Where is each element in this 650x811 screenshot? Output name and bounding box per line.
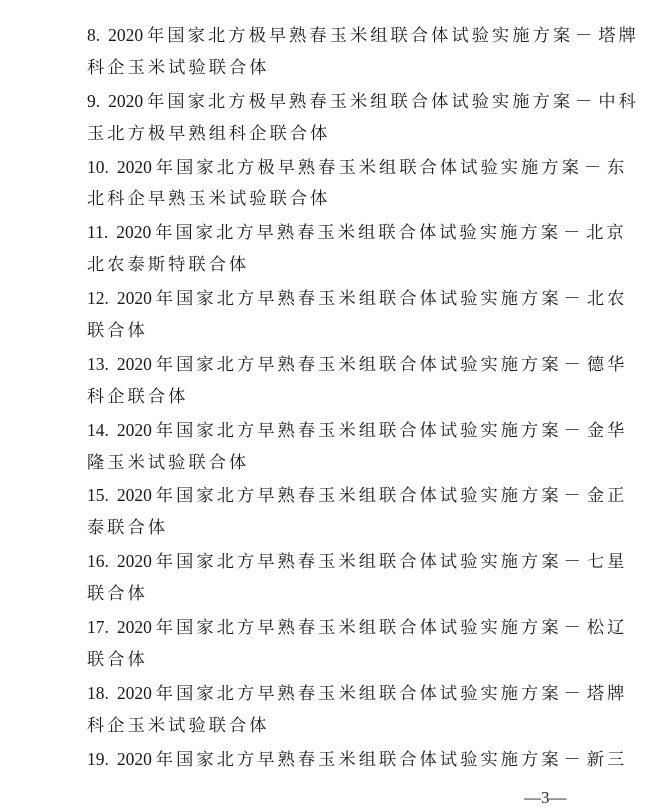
item-suffix: 塔牌 bbox=[598, 26, 639, 46]
item-line-2: 北科企早熟玉米试验联合体 bbox=[87, 183, 577, 216]
item-year: 2020 bbox=[108, 25, 143, 45]
list-item-18: 18.2020年国家北方早熟春玉米组联合体试验实施方案－塔牌 科企玉米试验联合体 bbox=[87, 677, 577, 743]
item-year: 2020 bbox=[117, 354, 152, 374]
item-title: 年国家北方早熟春玉米组联合体试验实施方案 bbox=[156, 289, 562, 309]
item-number: 10. bbox=[87, 157, 109, 177]
list-item-8: 8.2020年国家北方极早熟春玉米组联合体试验实施方案－塔牌 科企玉米试验联合体 bbox=[87, 19, 577, 85]
item-number: 9. bbox=[87, 91, 100, 111]
item-year: 2020 bbox=[108, 91, 143, 111]
item-line-2: 科企玉米试验联合体 bbox=[87, 710, 577, 743]
item-line-1: 11.2020年国家北方早熟春玉米组联合体试验实施方案－北京 bbox=[87, 216, 577, 249]
item-dash: － bbox=[564, 684, 581, 704]
item-suffix: 北京 bbox=[586, 223, 627, 243]
item-year: 2020 bbox=[117, 551, 152, 571]
item-year: 2020 bbox=[117, 683, 152, 703]
item-line-2: 科企联合体 bbox=[87, 381, 577, 414]
item-year: 2020 bbox=[117, 485, 152, 505]
item-dash: － bbox=[564, 750, 581, 770]
item-title: 年国家北方早熟春玉米组联合体试验实施方案 bbox=[156, 750, 562, 770]
item-dash: － bbox=[564, 618, 581, 638]
item-title: 年国家北方早熟春玉米组联合体试验实施方案 bbox=[156, 618, 562, 638]
item-line-1: 14.2020年国家北方早熟春玉米组联合体试验实施方案－金华 bbox=[87, 414, 577, 447]
item-title: 年国家北方早熟春玉米组联合体试验实施方案 bbox=[156, 355, 562, 375]
item-dash: － bbox=[575, 26, 592, 46]
item-title: 年国家北方极早熟春玉米组联合体试验实施方案 bbox=[156, 158, 582, 178]
item-year: 2020 bbox=[117, 749, 152, 769]
item-suffix: 新三 bbox=[587, 750, 628, 770]
item-title: 年国家北方极早熟春玉米组联合体试验实施方案 bbox=[147, 92, 573, 112]
item-year: 2020 bbox=[117, 420, 152, 440]
item-line-1: 19.2020年国家北方早熟春玉米组联合体试验实施方案－新三 bbox=[87, 743, 577, 776]
item-line-2: 科企玉米试验联合体 bbox=[87, 52, 577, 85]
item-line-1: 17.2020年国家北方早熟春玉米组联合体试验实施方案－松辽 bbox=[87, 611, 577, 644]
list-item-10: 10.2020年国家北方极早熟春玉米组联合体试验实施方案－东 北科企早熟玉米试验… bbox=[87, 151, 577, 217]
list-item-15: 15.2020年国家北方早熟春玉米组联合体试验实施方案－金正 泰联合体 bbox=[87, 479, 577, 545]
item-line-1: 18.2020年国家北方早熟春玉米组联合体试验实施方案－塔牌 bbox=[87, 677, 577, 710]
item-title: 年国家北方早熟春玉米组联合体试验实施方案 bbox=[156, 552, 562, 572]
document-page: 8.2020年国家北方极早熟春玉米组联合体试验实施方案－塔牌 科企玉米试验联合体… bbox=[87, 19, 577, 775]
item-number: 16. bbox=[87, 551, 109, 571]
item-dash: － bbox=[584, 158, 601, 178]
item-dash: － bbox=[564, 486, 581, 506]
item-line-1: 13.2020年国家北方早熟春玉米组联合体试验实施方案－德华 bbox=[87, 348, 577, 381]
list-item-19: 19.2020年国家北方早熟春玉米组联合体试验实施方案－新三 bbox=[87, 743, 577, 776]
item-line-2: 隆玉米试验联合体 bbox=[87, 447, 577, 480]
item-line-1: 15.2020年国家北方早熟春玉米组联合体试验实施方案－金正 bbox=[87, 479, 577, 512]
item-title: 年国家北方早熟春玉米组联合体试验实施方案 bbox=[156, 421, 562, 441]
item-number: 8. bbox=[87, 25, 100, 45]
item-number: 17. bbox=[87, 617, 109, 637]
page-number: —3— bbox=[524, 788, 567, 808]
item-number: 14. bbox=[87, 420, 109, 440]
item-line-1: 8.2020年国家北方极早熟春玉米组联合体试验实施方案－塔牌 bbox=[87, 19, 577, 52]
list-item-17: 17.2020年国家北方早熟春玉米组联合体试验实施方案－松辽 联合体 bbox=[87, 611, 577, 677]
item-suffix: 七星 bbox=[587, 552, 628, 572]
item-line-1: 12.2020年国家北方早熟春玉米组联合体试验实施方案－北农 bbox=[87, 282, 577, 315]
item-line-2: 泰联合体 bbox=[87, 512, 577, 545]
item-number: 19. bbox=[87, 749, 109, 769]
item-line-2: 北农泰斯特联合体 bbox=[87, 249, 577, 282]
list-item-14: 14.2020年国家北方早熟春玉米组联合体试验实施方案－金华 隆玉米试验联合体 bbox=[87, 414, 577, 480]
item-number: 15. bbox=[87, 485, 109, 505]
item-number: 13. bbox=[87, 354, 109, 374]
item-dash: － bbox=[563, 223, 580, 243]
item-dash: － bbox=[564, 552, 581, 572]
item-year: 2020 bbox=[117, 157, 152, 177]
item-year: 2020 bbox=[116, 222, 151, 242]
list-item-11: 11.2020年国家北方早熟春玉米组联合体试验实施方案－北京 北农泰斯特联合体 bbox=[87, 216, 577, 282]
item-suffix: 塔牌 bbox=[587, 684, 628, 704]
list-item-12: 12.2020年国家北方早熟春玉米组联合体试验实施方案－北农 联合体 bbox=[87, 282, 577, 348]
item-title: 年国家北方早熟春玉米组联合体试验实施方案 bbox=[155, 223, 561, 243]
item-year: 2020 bbox=[117, 617, 152, 637]
item-line-2: 联合体 bbox=[87, 644, 577, 677]
item-line-2: 联合体 bbox=[87, 578, 577, 611]
item-year: 2020 bbox=[117, 288, 152, 308]
item-line-1: 9.2020年国家北方极早熟春玉米组联合体试验实施方案－中科 bbox=[87, 85, 577, 118]
item-line-1: 16.2020年国家北方早熟春玉米组联合体试验实施方案－七星 bbox=[87, 545, 577, 578]
item-title: 年国家北方极早熟春玉米组联合体试验实施方案 bbox=[147, 26, 573, 46]
item-suffix: 北农 bbox=[587, 289, 628, 309]
item-suffix: 东 bbox=[607, 158, 627, 178]
item-suffix: 德华 bbox=[587, 355, 628, 375]
item-line-2: 玉北方极早熟组科企联合体 bbox=[87, 118, 577, 151]
item-line-1: 10.2020年国家北方极早熟春玉米组联合体试验实施方案－东 bbox=[87, 151, 577, 184]
item-dash: － bbox=[564, 289, 581, 309]
item-number: 11. bbox=[87, 222, 108, 242]
item-dash: － bbox=[564, 355, 581, 375]
item-dash: － bbox=[564, 421, 581, 441]
item-number: 12. bbox=[87, 288, 109, 308]
item-suffix: 金正 bbox=[587, 486, 628, 506]
list-item-13: 13.2020年国家北方早熟春玉米组联合体试验实施方案－德华 科企联合体 bbox=[87, 348, 577, 414]
item-line-2: 联合体 bbox=[87, 315, 577, 348]
item-number: 18. bbox=[87, 683, 109, 703]
item-suffix: 松辽 bbox=[587, 618, 628, 638]
item-title: 年国家北方早熟春玉米组联合体试验实施方案 bbox=[156, 684, 562, 704]
list-item-16: 16.2020年国家北方早熟春玉米组联合体试验实施方案－七星 联合体 bbox=[87, 545, 577, 611]
item-suffix: 金华 bbox=[587, 421, 628, 441]
item-title: 年国家北方早熟春玉米组联合体试验实施方案 bbox=[156, 486, 562, 506]
item-dash: － bbox=[575, 92, 592, 112]
item-suffix: 中科 bbox=[598, 92, 639, 112]
list-item-9: 9.2020年国家北方极早熟春玉米组联合体试验实施方案－中科 玉北方极早熟组科企… bbox=[87, 85, 577, 151]
